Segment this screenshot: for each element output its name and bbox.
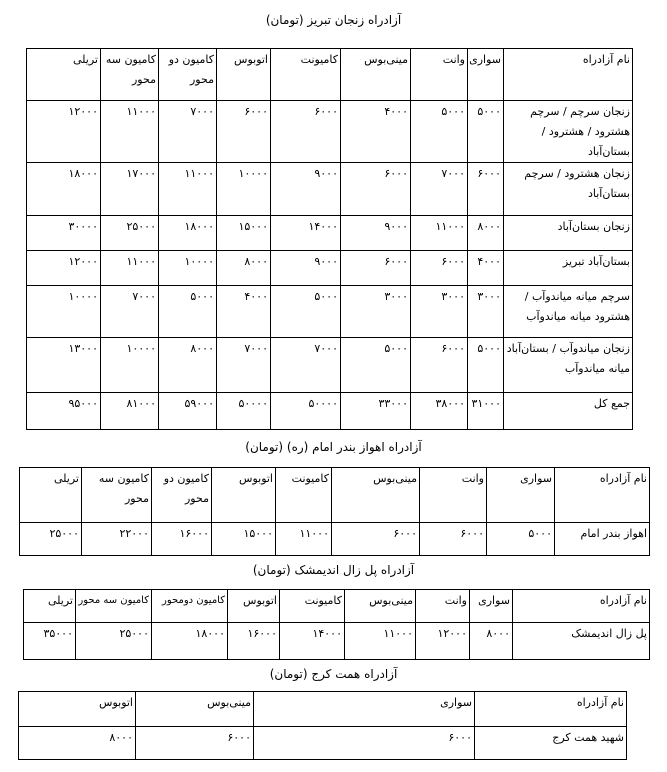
table-row: زنجان بستان‌آباد۸۰۰۰۱۱۰۰۰۹۰۰۰۱۴۰۰۰۱۵۰۰۰۱… bbox=[27, 216, 633, 251]
header-row: نام آزادراهسواریوانتمینی‌بوسکامیونتاتوبو… bbox=[24, 590, 650, 623]
price-cell: ۶۰۰۰ bbox=[411, 251, 468, 286]
table-row: بستان‌آباد تبریز۴۰۰۰۶۰۰۰۶۰۰۰۹۰۰۰۸۰۰۰۱۰۰۰… bbox=[27, 251, 633, 286]
price-cell: ۵۰۰۰ bbox=[159, 286, 217, 338]
price-cell: ۱۵۰۰۰ bbox=[217, 216, 271, 251]
price-cell: ۸۰۰۰ bbox=[19, 727, 136, 760]
price-cell: ۱۸۰۰۰ bbox=[159, 216, 217, 251]
freeway-table-section: آزادراه اهواز بندر امام (ره) (تومان)نام … bbox=[0, 439, 667, 556]
column-header: کامیون سه محور bbox=[76, 590, 152, 623]
column-header: اتوبوس bbox=[217, 49, 271, 101]
price-cell: ۹۰۰۰ bbox=[271, 251, 341, 286]
freeway-name-cell: شهید همت کرج bbox=[475, 727, 627, 760]
price-cell: ۳۱۰۰۰ bbox=[468, 393, 504, 430]
price-cell: ۷۰۰۰ bbox=[159, 101, 217, 163]
price-cell: ۲۵۰۰۰ bbox=[76, 623, 152, 660]
table-title: آزادراه پل زال اندیمشک (تومان) bbox=[0, 562, 667, 578]
price-cell: ۹۰۰۰ bbox=[271, 163, 341, 216]
price-cell: ۶۰۰۰ bbox=[468, 163, 504, 216]
freeway-name-cell: پل زال اندیمشک bbox=[513, 623, 650, 660]
price-cell: ۱۱۰۰۰ bbox=[101, 251, 159, 286]
column-header: کامیون سه محور bbox=[101, 49, 159, 101]
price-cell: ۳۰۰۰ bbox=[411, 286, 468, 338]
column-header: مینی‌بوس bbox=[341, 49, 411, 101]
price-cell: ۲۵۰۰۰ bbox=[101, 216, 159, 251]
toll-price-table: نام آزادراهسواریوانتمینی‌بوسکامیونتاتوبو… bbox=[23, 589, 650, 660]
price-cell: ۴۰۰۰ bbox=[341, 101, 411, 163]
price-cell: ۱۰۰۰۰ bbox=[101, 338, 159, 393]
column-header: کامیون دو محور bbox=[152, 468, 212, 523]
table-title: آزادراه اهواز بندر امام (ره) (تومان) bbox=[0, 439, 667, 455]
header-row: نام آزادراهسواریمینی‌بوساتوبوس bbox=[19, 692, 627, 727]
toll-price-table: نام آزادراهسواریوانتمینی‌بوسکامیونتاتوبو… bbox=[26, 48, 633, 430]
price-cell: ۳۰۰۰ bbox=[468, 286, 504, 338]
freeway-table-section: آزادراه همت کرج (تومان)نام آزادراهسواریم… bbox=[0, 666, 667, 760]
price-cell: ۸۰۰۰ bbox=[468, 216, 504, 251]
column-header: نام آزادراه bbox=[513, 590, 650, 623]
price-cell: ۶۰۰۰ bbox=[411, 338, 468, 393]
table-row: جمع کل۳۱۰۰۰۳۸۰۰۰۳۳۰۰۰۵۰۰۰۰۵۰۰۰۰۵۹۰۰۰۸۱۰۰… bbox=[27, 393, 633, 430]
column-header: کامیون دومحور bbox=[152, 590, 228, 623]
column-header: سواری bbox=[468, 49, 504, 101]
column-header: سواری bbox=[487, 468, 555, 523]
column-header: نام آزادراه bbox=[555, 468, 650, 523]
price-cell: ۱۳۰۰۰ bbox=[27, 338, 101, 393]
freeway-name-cell: بستان‌آباد تبریز bbox=[504, 251, 633, 286]
freeway-name-cell: زنجان هشترود / سرچم بستان‌آباد bbox=[504, 163, 633, 216]
price-cell: ۱۲۰۰۰ bbox=[27, 101, 101, 163]
price-cell: ۱۴۰۰۰ bbox=[271, 216, 341, 251]
price-cell: ۱۰۰۰۰ bbox=[217, 163, 271, 216]
price-cell: ۳۸۰۰۰ bbox=[411, 393, 468, 430]
price-cell: ۱۸۰۰۰ bbox=[152, 623, 228, 660]
column-header: مینی‌بوس bbox=[332, 468, 420, 523]
price-cell: ۸۰۰۰ bbox=[470, 623, 513, 660]
price-cell: ۶۰۰۰ bbox=[254, 727, 475, 760]
price-cell: ۷۰۰۰ bbox=[411, 163, 468, 216]
column-header: نام آزادراه bbox=[504, 49, 633, 101]
price-cell: ۳۵۰۰۰ bbox=[24, 623, 76, 660]
price-cell: ۱۲۰۰۰ bbox=[27, 251, 101, 286]
price-cell: ۵۰۰۰۰ bbox=[271, 393, 341, 430]
table-row: زنجان میاندوآب / بستان‌آباد میانه میاندو… bbox=[27, 338, 633, 393]
table-title: آزادراه زنجان تبریز (تومان) bbox=[0, 12, 667, 28]
price-cell: ۶۰۰۰ bbox=[420, 523, 487, 556]
column-header: نام آزادراه bbox=[475, 692, 627, 727]
price-cell: ۱۱۰۰۰ bbox=[411, 216, 468, 251]
price-cell: ۵۰۰۰ bbox=[271, 286, 341, 338]
price-cell: ۷۰۰۰ bbox=[217, 338, 271, 393]
price-cell: ۶۰۰۰ bbox=[332, 523, 420, 556]
price-cell: ۵۰۰۰ bbox=[411, 101, 468, 163]
price-cell: ۱۱۰۰۰ bbox=[276, 523, 332, 556]
table-row: سرچم میانه میاندوآب / هشترود میانه میاند… bbox=[27, 286, 633, 338]
column-header: اتوبوس bbox=[19, 692, 136, 727]
freeway-name-cell: زنجان بستان‌آباد bbox=[504, 216, 633, 251]
document-page: آزادراه زنجان تبریز (تومان)نام آزادراهسو… bbox=[0, 0, 667, 772]
freeway-name-cell: سرچم میانه میاندوآب / هشترود میانه میاند… bbox=[504, 286, 633, 338]
price-cell: ۱۰۰۰۰ bbox=[27, 286, 101, 338]
price-cell: ۵۰۰۰ bbox=[468, 101, 504, 163]
freeway-name-cell: جمع کل bbox=[504, 393, 633, 430]
table-row: اهواز بندر امام۵۰۰۰۶۰۰۰۶۰۰۰۱۱۰۰۰۱۵۰۰۰۱۶۰… bbox=[20, 523, 650, 556]
table-row: زنجان هشترود / سرچم بستان‌آباد۶۰۰۰۷۰۰۰۶۰… bbox=[27, 163, 633, 216]
column-header: سواری bbox=[254, 692, 475, 727]
price-cell: ۵۰۰۰ bbox=[341, 338, 411, 393]
price-cell: ۶۰۰۰ bbox=[136, 727, 254, 760]
column-header: تریلی bbox=[27, 49, 101, 101]
price-cell: ۵۰۰۰ bbox=[468, 338, 504, 393]
price-cell: ۱۶۰۰۰ bbox=[228, 623, 280, 660]
price-cell: ۱۶۰۰۰ bbox=[152, 523, 212, 556]
price-cell: ۳۰۰۰ bbox=[341, 286, 411, 338]
price-cell: ۶۰۰۰ bbox=[271, 101, 341, 163]
price-cell: ۸۰۰۰ bbox=[217, 251, 271, 286]
toll-price-table: نام آزادراهسواریوانتمینی‌بوسکامیونتاتوبو… bbox=[19, 467, 650, 556]
table-row: پل زال اندیمشک۸۰۰۰۱۲۰۰۰۱۱۰۰۰۱۴۰۰۰۱۶۰۰۰۱۸… bbox=[24, 623, 650, 660]
price-cell: ۸۰۰۰ bbox=[159, 338, 217, 393]
header-row: نام آزادراهسواریوانتمینی‌بوسکامیونتاتوبو… bbox=[27, 49, 633, 101]
price-cell: ۱۱۰۰۰ bbox=[101, 101, 159, 163]
price-cell: ۲۵۰۰۰ bbox=[20, 523, 82, 556]
column-header: کامیونت bbox=[280, 590, 345, 623]
freeway-table-section: آزادراه پل زال اندیمشک (تومان)نام آزادرا… bbox=[0, 562, 667, 660]
freeway-name-cell: اهواز بندر امام bbox=[555, 523, 650, 556]
column-header: مینی‌بوس bbox=[345, 590, 416, 623]
price-cell: ۱۲۰۰۰ bbox=[416, 623, 470, 660]
column-header: مینی‌بوس bbox=[136, 692, 254, 727]
price-cell: ۵۰۰۰۰ bbox=[217, 393, 271, 430]
column-header: وانت bbox=[416, 590, 470, 623]
price-cell: ۵۹۰۰۰ bbox=[159, 393, 217, 430]
price-cell: ۱۰۰۰۰ bbox=[159, 251, 217, 286]
column-header: کامیون سه محور bbox=[82, 468, 152, 523]
price-cell: ۸۱۰۰۰ bbox=[101, 393, 159, 430]
toll-tables-container: آزادراه زنجان تبریز (تومان)نام آزادراهسو… bbox=[0, 12, 667, 760]
price-cell: ۴۰۰۰ bbox=[468, 251, 504, 286]
price-cell: ۷۰۰۰ bbox=[271, 338, 341, 393]
price-cell: ۱۵۰۰۰ bbox=[212, 523, 276, 556]
column-header: کامیونت bbox=[271, 49, 341, 101]
toll-price-table: نام آزادراهسواریمینی‌بوساتوبوسشهید همت ک… bbox=[18, 691, 627, 760]
table-row: شهید همت کرج۶۰۰۰۶۰۰۰۸۰۰۰ bbox=[19, 727, 627, 760]
price-cell: ۱۱۰۰۰ bbox=[159, 163, 217, 216]
price-cell: ۱۴۰۰۰ bbox=[280, 623, 345, 660]
price-cell: ۶۰۰۰ bbox=[341, 163, 411, 216]
price-cell: ۵۰۰۰ bbox=[487, 523, 555, 556]
column-header: اتوبوس bbox=[212, 468, 276, 523]
price-cell: ۴۰۰۰ bbox=[217, 286, 271, 338]
header-row: نام آزادراهسواریوانتمینی‌بوسکامیونتاتوبو… bbox=[20, 468, 650, 523]
column-header: وانت bbox=[411, 49, 468, 101]
freeway-name-cell: زنجان سرچم / سرچم هشترود / هشترود / بستا… bbox=[504, 101, 633, 163]
table-row: زنجان سرچم / سرچم هشترود / هشترود / بستا… bbox=[27, 101, 633, 163]
column-header: کامیون دو محور bbox=[159, 49, 217, 101]
column-header: وانت bbox=[420, 468, 487, 523]
price-cell: ۷۰۰۰ bbox=[101, 286, 159, 338]
price-cell: ۱۱۰۰۰ bbox=[345, 623, 416, 660]
column-header: تریلی bbox=[20, 468, 82, 523]
column-header: کامیونت bbox=[276, 468, 332, 523]
price-cell: ۶۰۰۰ bbox=[341, 251, 411, 286]
price-cell: ۹۰۰۰ bbox=[341, 216, 411, 251]
price-cell: ۲۲۰۰۰ bbox=[82, 523, 152, 556]
price-cell: ۳۳۰۰۰ bbox=[341, 393, 411, 430]
freeway-name-cell: زنجان میاندوآب / بستان‌آباد میانه میاندو… bbox=[504, 338, 633, 393]
price-cell: ۹۵۰۰۰ bbox=[27, 393, 101, 430]
column-header: تریلی bbox=[24, 590, 76, 623]
price-cell: ۶۰۰۰ bbox=[217, 101, 271, 163]
price-cell: ۱۸۰۰۰ bbox=[27, 163, 101, 216]
price-cell: ۱۷۰۰۰ bbox=[101, 163, 159, 216]
table-title: آزادراه همت کرج (تومان) bbox=[0, 666, 667, 682]
column-header: سواری bbox=[470, 590, 513, 623]
price-cell: ۳۰۰۰۰ bbox=[27, 216, 101, 251]
freeway-table-section: آزادراه زنجان تبریز (تومان)نام آزادراهسو… bbox=[0, 12, 667, 430]
column-header: اتوبوس bbox=[228, 590, 280, 623]
